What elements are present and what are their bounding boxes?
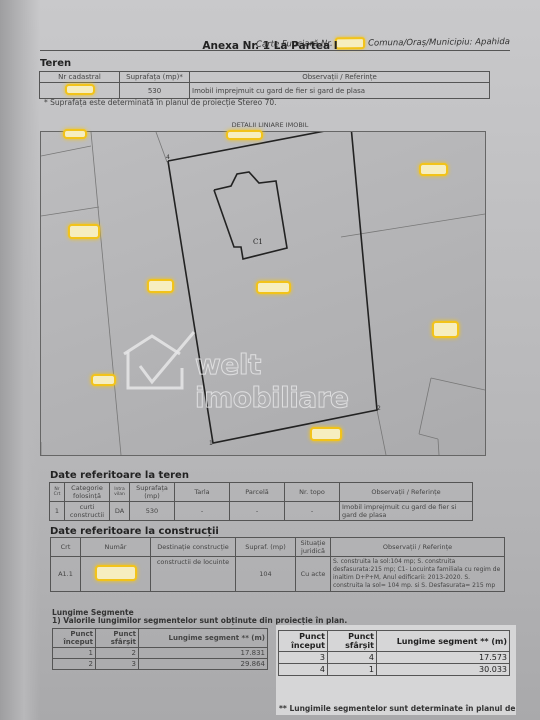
cell-intravilan: DA xyxy=(110,502,130,521)
col-punct-sfarsit: Punct sfârșit xyxy=(96,629,139,648)
cell-tarla: - xyxy=(175,502,230,521)
teren-table: Nr cadastral Suprafața (mp)* Observații … xyxy=(39,71,490,99)
redacted-nr-cadastral xyxy=(65,84,95,95)
segmente-subheading: 1) Valorile lungimilor segmentelor sunt … xyxy=(52,616,347,625)
col-intravilan: Intra vilan xyxy=(110,483,130,502)
cell-length: 29.864 xyxy=(139,659,268,670)
col-tarla: Tarla xyxy=(175,483,230,502)
col-observatii: Observații / Referințe xyxy=(340,483,473,502)
cell-length: 17.831 xyxy=(139,648,268,659)
teren-footnote: * Suprafața este determinată în planul d… xyxy=(44,98,277,107)
redacted-neighbor-5 xyxy=(147,279,174,293)
segmente-table-right: Punct început Punct sfârșit Lungime segm… xyxy=(278,630,510,676)
col-lungime: Lungime segment ** (m) xyxy=(377,631,510,652)
redacted-building-id xyxy=(256,281,291,294)
cell-length: 17.573 xyxy=(377,652,510,664)
col-punct-sfarsit: Punct sfârșit xyxy=(328,631,377,652)
col-parcela: Parcelă xyxy=(230,483,285,502)
table-row: 3 4 17.573 xyxy=(279,652,510,664)
cell-situatie: Cu acte xyxy=(296,557,331,592)
table-row: 1 2 17.831 xyxy=(53,648,268,659)
col-situatie: Situație juridică xyxy=(296,538,331,557)
col-nr-cadastral: Nr cadastral xyxy=(40,72,120,83)
redacted-neighbor-7 xyxy=(91,374,116,386)
date-constructii-table: Crt Număr Destinație construcție Supraf.… xyxy=(50,537,505,592)
cell-suprafata: 530 xyxy=(130,502,175,521)
teren-heading: Teren xyxy=(40,58,71,69)
segmente-footnote: ** Lungimile segmentelor sunt determinat… xyxy=(279,704,515,713)
table-row: A1.1 constructii de locuinte 104 Cu acte… xyxy=(51,557,505,592)
plan-title: DETALII LINIARE IMOBIL xyxy=(0,121,540,129)
cell-length: 30.033 xyxy=(377,664,510,676)
document-title: Anexa Nr. 1 La Partea I xyxy=(0,40,540,52)
col-observatii: Observații / Referințe xyxy=(190,72,490,83)
cell-end: 4 xyxy=(328,652,377,664)
cell-suprafata: 530 xyxy=(120,83,190,99)
date-teren-table: Nr Crt Categorie folosință Intra vilan S… xyxy=(49,482,473,521)
cell-topo: - xyxy=(285,502,340,521)
redacted-street xyxy=(310,427,342,441)
cell-crt: A1.1 xyxy=(51,557,81,592)
col-numar: Număr xyxy=(81,538,151,557)
col-lungime: Lungime segment ** (m) xyxy=(139,629,268,648)
col-suprafata: Supraf. (mp) xyxy=(236,538,296,557)
col-punct-inceput: Punct început xyxy=(53,629,96,648)
date-constructii-heading: Date referitoare la construcții xyxy=(50,526,219,537)
cell-start: 2 xyxy=(53,659,96,670)
table-row: 4 1 30.033 xyxy=(279,664,510,676)
redacted-neighbor-6 xyxy=(432,321,459,338)
point-4-label: 4 xyxy=(166,154,170,161)
cell-start: 3 xyxy=(279,652,328,664)
redacted-neighbor-2 xyxy=(226,130,263,140)
cell-end: 1 xyxy=(328,664,377,676)
cell-observatii: S. construita la sol:104 mp; S. construi… xyxy=(331,557,505,592)
col-punct-inceput: Punct început xyxy=(279,631,328,652)
date-teren-heading: Date referitoare la teren xyxy=(50,470,189,481)
point-3-label: 3 xyxy=(352,132,356,133)
col-topo: Nr. topo xyxy=(285,483,340,502)
segmente-table-left: Punct început Punct sfârșit Lungime segm… xyxy=(52,628,268,670)
redacted-neighbor-3 xyxy=(419,163,448,176)
cell-observatii: Imobil imprejmuit cu gard de fier si gar… xyxy=(340,502,473,521)
col-crt: Crt xyxy=(51,538,81,557)
cell-destinatie: constructii de locuinte xyxy=(151,557,236,592)
cell-numar xyxy=(81,557,151,592)
col-categorie: Categorie folosință xyxy=(65,483,110,502)
col-suprafata: Suprafața (mp)* xyxy=(120,72,190,83)
cell-nr-cadastral xyxy=(40,83,120,99)
cell-start: 4 xyxy=(279,664,328,676)
point-1-label: 1 xyxy=(209,440,213,447)
redacted-numar xyxy=(95,565,137,581)
watermark-logo-icon xyxy=(120,330,200,390)
col-destinatie: Destinație construcție xyxy=(151,538,236,557)
cell-end: 2 xyxy=(96,648,139,659)
col-observatii: Observații / Referințe xyxy=(331,538,505,557)
table-row: 2 3 29.864 xyxy=(53,659,268,670)
cell-end: 3 xyxy=(96,659,139,670)
cell-start: 1 xyxy=(53,648,96,659)
col-suprafata: Suprafața (mp) xyxy=(130,483,175,502)
page-shadow xyxy=(0,0,40,720)
col-nr-crt: Nr Crt xyxy=(50,483,65,502)
table-row: 1 curti constructii DA 530 - - - Imobil … xyxy=(50,502,473,521)
cell-nr: 1 xyxy=(50,502,65,521)
building-c1-label: C1 xyxy=(253,238,263,246)
watermark: welt imobiliare xyxy=(120,330,420,390)
watermark-text: welt imobiliare xyxy=(195,348,420,414)
redacted-neighbor-4 xyxy=(68,224,100,239)
cell-parcela: - xyxy=(230,502,285,521)
cell-observatii: Imobil imprejmuit cu gard de fier si gar… xyxy=(190,83,490,99)
cell-categorie: curti constructii xyxy=(65,502,110,521)
redacted-neighbor-1 xyxy=(63,129,87,139)
cell-suprafata: 104 xyxy=(236,557,296,592)
